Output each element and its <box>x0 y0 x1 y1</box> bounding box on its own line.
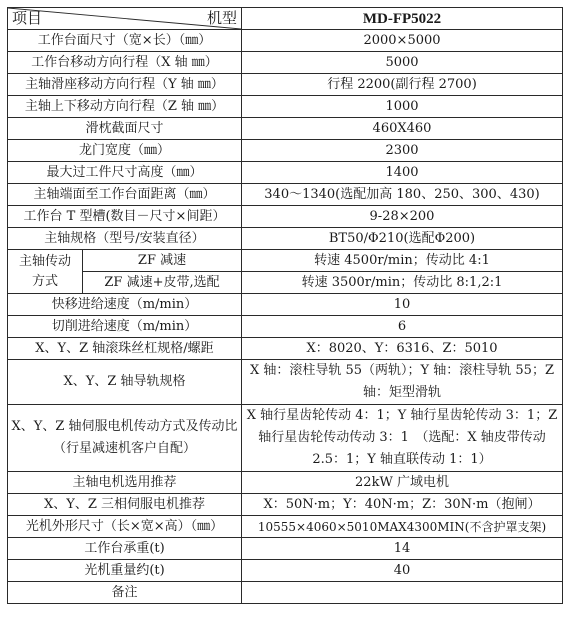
spindle-drive-row-2: ZF 减速+皮带,选配 转速 3500r/min；传动比 8:1,2:1 <box>8 272 563 294</box>
table-row: 工作台承重(t) 14 <box>8 538 563 560</box>
row-label: 工作台承重(t) <box>8 538 242 560</box>
row-value: 5000 <box>242 52 563 74</box>
row-value: X：50N·m；Y：40N·m；Z：30N·m（抱闸） <box>242 494 563 516</box>
table-row: 光机重量约(t) 40 <box>8 560 563 582</box>
row-value: 460X460 <box>242 118 563 140</box>
row-label: 主轴滑座移动方向行程（Y 轴 ㎜） <box>8 74 242 96</box>
row-label: 工作台 T 型槽(数目－尺寸×间距） <box>8 206 242 228</box>
table-row: 快移进给速度（m/min） 10 <box>8 294 563 316</box>
drive-option-label: ZF 减速+皮带,选配 <box>83 272 242 294</box>
guide-rail-label: X、Y、Z 轴导轨规格 <box>8 360 242 405</box>
drive-option-label: ZF 减速 <box>83 250 242 272</box>
row-value: 行程 2200(副行程 2700) <box>242 74 563 96</box>
table-row: 主轴端面至工作台面距离（㎜） 340～1340(选配加高 180、250、300… <box>8 184 563 206</box>
row-label: 主轴上下移动方向行程（Z 轴 ㎜） <box>8 96 242 118</box>
model-value: MD-FP5022 <box>242 8 563 30</box>
item-header-label: 项目 <box>12 8 42 28</box>
table-row: 主轴滑座移动方向行程（Y 轴 ㎜） 行程 2200(副行程 2700) <box>8 74 563 96</box>
drive-option-value: 转速 3500r/min；传动比 8:1,2:1 <box>242 272 563 294</box>
row-label: 光机重量约(t) <box>8 560 242 582</box>
spindle-drive-group-label: 主轴传动 方式 <box>8 250 83 294</box>
row-label: 主轴电机选用推荐 <box>8 472 242 494</box>
row-value: 10555×4060×5010MAX4300MIN(不含护罩支架) <box>242 516 563 538</box>
row-value: X：8020、Y：6316、Z：5010 <box>242 338 563 360</box>
row-label: 切削进给速度（m/min） <box>8 316 242 338</box>
row-value: 1400 <box>242 162 563 184</box>
row-label: 快移进给速度（m/min） <box>8 294 242 316</box>
row-label: 主轴端面至工作台面距离（㎜） <box>8 184 242 206</box>
row-value: 6 <box>242 316 563 338</box>
row-label: 最大过工件尺寸高度（㎜） <box>8 162 242 184</box>
row-value: 340～1340(选配加高 180、250、300、430) <box>242 184 563 206</box>
row-label: 滑枕截面尺寸 <box>8 118 242 140</box>
row-value: 9-28×200 <box>242 206 563 228</box>
model-header-label: 机型 <box>207 8 237 28</box>
row-value: 22kW 广域电机 <box>242 472 563 494</box>
table-row: 主轴电机选用推荐 22kW 广域电机 <box>8 472 563 494</box>
row-label: 备注 <box>8 582 242 604</box>
table-row: 光机外形尺寸（长×宽×高）（㎜） 10555×4060×5010MAX4300M… <box>8 516 563 538</box>
table-row: 主轴规格（型号/安装直径） BT50/Φ210(选配Φ200) <box>8 228 563 250</box>
row-value: 14 <box>242 538 563 560</box>
servo-drive-row: X、Y、Z 轴伺服电机传动方式及传动比（行星减速机客户自配） X 轴行星齿轮传动… <box>8 405 563 472</box>
table-row: 切削进给速度（m/min） 6 <box>8 316 563 338</box>
row-label: 工作台移动方向行程（X 轴 ㎜） <box>8 52 242 74</box>
row-value: 1000 <box>242 96 563 118</box>
table-row: X、Y、Z 三相伺服电机推荐 X：50N·m；Y：40N·m；Z：30N·m（抱… <box>8 494 563 516</box>
row-label: X、Y、Z 三相伺服电机推荐 <box>8 494 242 516</box>
row-label: 龙门宽度（㎜） <box>8 140 242 162</box>
group-label-line2: 方式 <box>32 274 58 289</box>
row-value: 2300 <box>242 140 563 162</box>
row-value: 40 <box>242 560 563 582</box>
table-row: 备注 <box>8 582 563 604</box>
table-row: 主轴上下移动方向行程（Z 轴 ㎜） 1000 <box>8 96 563 118</box>
row-label: X、Y、Z 轴滚珠丝杠规格/螺距 <box>8 338 242 360</box>
spindle-drive-row-1: 主轴传动 方式 ZF 减速 转速 4500r/min；传动比 4:1 <box>8 250 563 272</box>
drive-option-value: 转速 4500r/min；传动比 4:1 <box>242 250 563 272</box>
table-row: X、Y、Z 轴滚珠丝杠规格/螺距 X：8020、Y：6316、Z：5010 <box>8 338 563 360</box>
table-row: 最大过工件尺寸高度（㎜） 1400 <box>8 162 563 184</box>
table-row: 工作台 T 型槽(数目－尺寸×间距） 9-28×200 <box>8 206 563 228</box>
row-label: 主轴规格（型号/安装直径） <box>8 228 242 250</box>
guide-rail-value: X 轴：滚柱导轨 55（两轨）；Y 轴：滚柱导轨 55；Z 轴：矩型滑轨 <box>242 360 563 405</box>
diagonal-header-cell: 项目 机型 <box>8 8 242 30</box>
table-row: 滑枕截面尺寸 460X460 <box>8 118 563 140</box>
table-row: 工作台面尺寸（宽×长）（㎜） 2000×5000 <box>8 30 563 52</box>
row-value: 2000×5000 <box>242 30 563 52</box>
table-row: 龙门宽度（㎜） 2300 <box>8 140 563 162</box>
servo-drive-label: X、Y、Z 轴伺服电机传动方式及传动比（行星减速机客户自配） <box>8 405 242 472</box>
row-value <box>242 582 563 604</box>
servo-drive-value: X 轴行星齿轮传动 4：1；Y 轴行星齿轮传动 3：1；Z 轴行星齿轮传动传动 … <box>242 405 563 472</box>
table-row: 工作台移动方向行程（X 轴 ㎜） 5000 <box>8 52 563 74</box>
row-label: 光机外形尺寸（长×宽×高）（㎜） <box>8 516 242 538</box>
spec-table: 项目 机型 MD-FP5022 工作台面尺寸（宽×长）（㎜） 2000×5000… <box>7 7 563 604</box>
row-label: 工作台面尺寸（宽×长）（㎜） <box>8 30 242 52</box>
header-row: 项目 机型 MD-FP5022 <box>8 8 563 30</box>
group-label-line1: 主轴传动 <box>19 254 71 269</box>
guide-rail-row: X、Y、Z 轴导轨规格 X 轴：滚柱导轨 55（两轨）；Y 轴：滚柱导轨 55；… <box>8 360 563 405</box>
row-value: 10 <box>242 294 563 316</box>
row-value: BT50/Φ210(选配Φ200) <box>242 228 563 250</box>
